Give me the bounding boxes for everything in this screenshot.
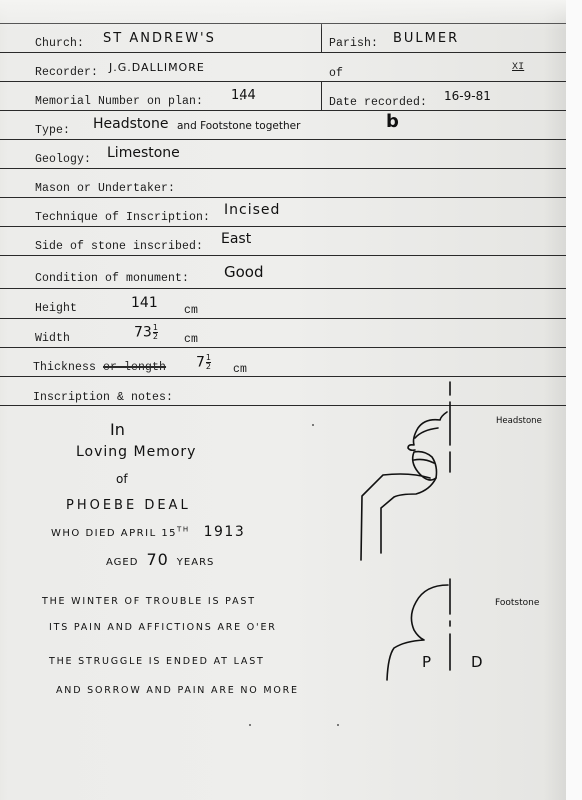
record-form-paper: Church: ST ANDREW'S Parish: BULMER Recor… bbox=[0, 0, 566, 800]
footstone-initial-right: D bbox=[471, 653, 483, 671]
footstone-initial-left: P bbox=[422, 653, 431, 671]
scan-margin bbox=[566, 0, 582, 800]
footstone-profile-sketch bbox=[0, 0, 566, 800]
paper-speck bbox=[240, 98, 242, 100]
paper-speck bbox=[312, 424, 314, 426]
form-rule bbox=[0, 23, 566, 24]
paper-speck bbox=[337, 724, 339, 726]
paper-speck bbox=[249, 724, 251, 726]
footstone-label: Footstone bbox=[495, 598, 539, 608]
